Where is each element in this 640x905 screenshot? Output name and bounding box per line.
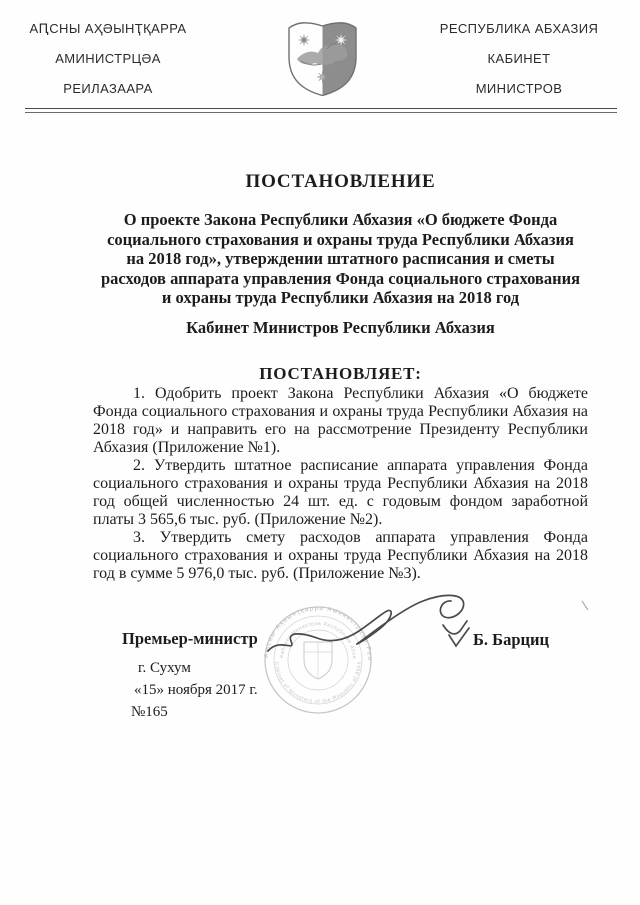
decree-subject: О проекте Закона Республики Абхазия «О б…	[93, 210, 588, 308]
org-abkhaz-line1: АԤСНЫ АҲӘЫНҬҚАРРА	[28, 22, 188, 35]
document-title: ПОСТАНОВЛЕНИЕ	[93, 171, 588, 193]
subject-line: социального страхования и охраны труда Р…	[93, 230, 588, 250]
coat-of-arms-icon	[287, 19, 358, 103]
decree-document-page: АԤСНЫ АҲӘЫНҬҚАРРА АМИНИСТРЦӘА РЕИЛАЗААРА…	[0, 0, 640, 905]
org-name-abkhaz: АԤСНЫ АҲӘЫНҬҚАРРА АМИНИСТРЦӘА РЕИЛАЗААРА	[28, 22, 188, 112]
paragraph-2: 2. Утвердить штатное расписание аппарата…	[93, 457, 588, 529]
decree-word: ПОСТАНОВЛЯЕТ:	[93, 364, 588, 384]
org-russian-line2: КАБИНЕТ	[429, 52, 609, 65]
header-divider-double-rule	[25, 108, 617, 113]
org-abkhaz-line3: РЕИЛАЗААРА	[28, 82, 188, 95]
signatory-name: Б. Барциц	[473, 630, 549, 650]
org-name-russian: РЕСПУБЛИКА АБХАЗИЯ КАБИНЕТ МИНИСТРОВ	[429, 22, 609, 112]
paragraph-1: 1. Одобрить проект Закона Республики Абх…	[93, 385, 588, 457]
org-abkhaz-line2: АМИНИСТРЦӘА	[28, 52, 188, 65]
subject-line: на 2018 год», утверждении штатного распи…	[93, 249, 588, 269]
issuer-line: Кабинет Министров Республики Абхазия	[93, 318, 588, 338]
paragraph-3: 3. Утвердить смету расходов аппарата упр…	[93, 529, 588, 583]
decree-body: 1. Одобрить проект Закона Республики Абх…	[93, 385, 588, 583]
signatory-post: Премьер-министр	[122, 629, 258, 649]
org-russian-line3: МИНИСТРОВ	[429, 82, 609, 95]
subject-line: расходов аппарата управления Фонда социа…	[93, 269, 588, 289]
footer-decree-number: №165	[131, 704, 168, 721]
handwritten-signature	[250, 585, 490, 670]
footer-date: «15» ноября 2017 г.	[134, 682, 258, 699]
scan-artifact-mark	[580, 599, 590, 611]
footer-city: г. Сухум	[138, 660, 191, 677]
subject-line: О проекте Закона Республики Абхазия «О б…	[93, 210, 588, 230]
subject-line: и охраны труда Республики Абхазия на 201…	[93, 288, 588, 308]
org-russian-line1: РЕСПУБЛИКА АБХАЗИЯ	[429, 22, 609, 35]
